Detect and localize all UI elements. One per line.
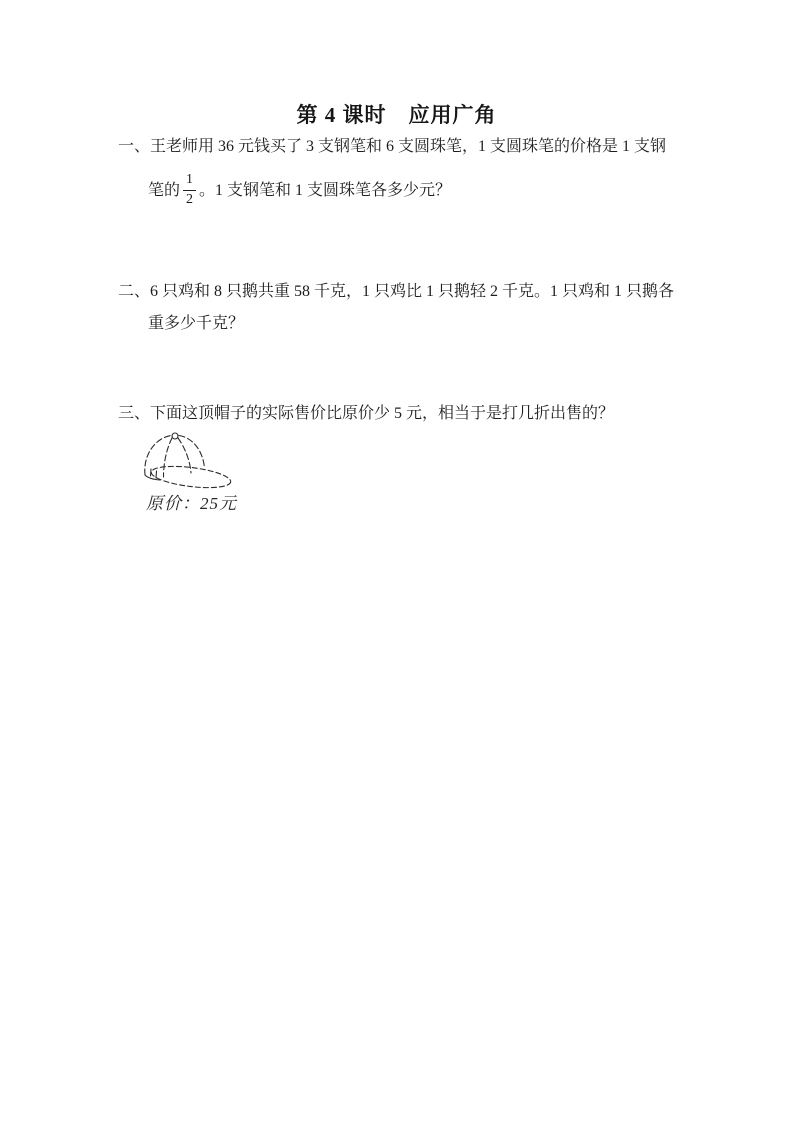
fraction-one-half: 1 2 <box>183 172 196 207</box>
question-1-text-pre-fraction: 笔的 <box>148 181 180 200</box>
question-2-line-1: 二、6 只鸡和 8 只鹅共重 58 千克，1 只鸡比 1 只鹅轻 2 千克。1 … <box>118 282 674 301</box>
cap-dome-left <box>145 436 171 476</box>
question-2-label: 二、 <box>118 283 150 300</box>
question-2-text: 6 只鸡和 8 只鹅共重 58 千克，1 只鸡比 1 只鹅轻 2 千克。1 只鸡… <box>150 283 674 300</box>
question-2-line-2: 重多少千克？ <box>148 314 244 333</box>
question-3-text: 下面这顶帽子的实际售价比原价少 5 元，相当于是打几折出售的？ <box>150 405 614 422</box>
cap-price-caption: 原价：25元 <box>146 489 237 514</box>
question-1-line-1: 一、王老师用 36 元钱买了 3 支钢笔和 6 支圆珠笔，1 支圆珠笔的价格是 … <box>118 137 666 156</box>
page-title: 第 4 课时 应用广角 <box>0 99 793 129</box>
question-3-label: 三、 <box>118 405 150 422</box>
cap-seam-left <box>164 438 173 477</box>
cap-button <box>172 433 178 439</box>
fraction-numerator: 1 <box>183 172 196 190</box>
question-1-line-2: 笔的 1 2 。1 支钢笔和 1 支圆珠笔各多少元？ <box>148 165 451 215</box>
cap-front-edge <box>145 475 160 480</box>
question-1-label: 一、 <box>118 138 150 155</box>
fraction-denominator: 2 <box>186 191 193 208</box>
cap-dome-right <box>179 436 205 469</box>
cap-stitch-mark <box>151 469 152 476</box>
question-3-line-1: 三、下面这顶帽子的实际售价比原价少 5 元，相当于是打几折出售的？ <box>118 404 614 423</box>
cap-line-drawing <box>141 429 235 493</box>
question-1-text: 王老师用 36 元钱买了 3 支钢笔和 6 支圆珠笔，1 支圆珠笔的价格是 1 … <box>150 138 666 155</box>
cap-brim <box>150 463 232 492</box>
worksheet-page: 第 4 课时 应用广角 一、王老师用 36 元钱买了 3 支钢笔和 6 支圆珠笔… <box>0 0 793 1122</box>
question-1-text-post-fraction: 。1 支钢笔和 1 支圆珠笔各多少元？ <box>199 181 451 200</box>
cap-stitch-mark <box>156 471 157 478</box>
